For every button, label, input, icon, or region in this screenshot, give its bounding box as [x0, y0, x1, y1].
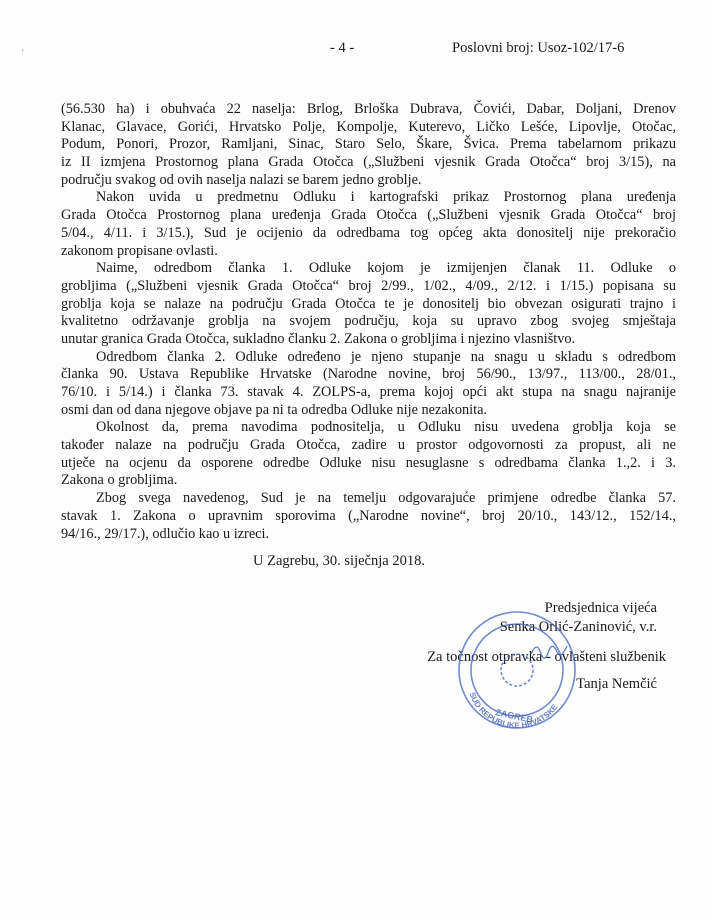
page-number: - 4 -: [330, 40, 354, 57]
paragraph-line: zakonom propisane ovlasti.: [61, 243, 676, 261]
paragraph-line: unutar granica Grada Otočca, sukladno čl…: [61, 331, 676, 349]
paragraph-line: Zakona o grobljima.: [61, 472, 676, 490]
place-date: U Zagrebu, 30. siječnja 2018.: [253, 553, 425, 570]
paragraph-line: članka 90. Ustava Republike Hrvatske (Na…: [61, 366, 676, 384]
paragraph-line: Okolnost da, prema navodima podnositelja…: [61, 419, 676, 437]
paragraph-line: 94/16., 29/17.), odlučio kao u izreci.: [61, 526, 676, 544]
paragraph-line: Zbog svega navedenog, Sud je na temelju …: [61, 490, 676, 508]
paragraph-line: području svakog od ovih naselja nalazi s…: [61, 172, 676, 190]
svg-text:SUD REPUBLIKE HRVATSKE: SUD REPUBLIKE HRVATSKE: [468, 691, 560, 730]
paragraph-line: 5/04., 4/11. i 3/15.), Sud je ocijenio d…: [61, 225, 676, 243]
paragraph-line: Naime, odredbom članka 1. Odluke kojom j…: [61, 260, 676, 278]
paragraph-line: osmi dan od dana njegove objave pa ni ta…: [61, 402, 676, 420]
paragraph-line: utječe na ocjenu da osporene odredbe Odl…: [61, 455, 676, 473]
paragraph-line: Nakon uvida u predmetnu Odluku i kartogr…: [61, 189, 676, 207]
paragraph-line: stavak 1. Zakona o upravnim sporovima („…: [61, 508, 676, 526]
paragraph-line: (56.530 ha) i obuhvaća 22 naselja: Brlog…: [61, 101, 676, 119]
paragraph-line: Odredbom članka 2. Odluke određeno je nj…: [61, 349, 676, 367]
signatory-name: Senka Orlić-Zaninović, v.r.: [500, 619, 657, 636]
paragraph-line: iz II izmjena Prostornog plana Grada Oto…: [61, 154, 676, 172]
paragraph-line: groblja koja se nalaze na području Grada…: [61, 296, 676, 314]
paragraph-line: kvalitetno održavanje groblja na svojem …: [61, 313, 676, 331]
document-page: ʳ - 4 - Poslovni broj: Usoz-102/17-6 (56…: [0, 0, 712, 920]
signatory-title: Predsjednica vijeća: [545, 600, 657, 617]
paragraph-line: također nalaze na području Grada Otočca,…: [61, 437, 676, 455]
document-body: (56.530 ha) i obuhvaća 22 naselja: Brlog…: [61, 101, 676, 543]
certifier-name: Tanja Nemčić: [576, 676, 657, 693]
paragraph-line: 76/10. i 5/14.) i članka 73. stavak 4. Z…: [61, 384, 676, 402]
certification-line: Za točnost otpravka - ovlašteni službeni…: [427, 649, 666, 666]
case-number: Poslovni broj: Usoz-102/17-6: [452, 40, 624, 57]
paragraph-line: Podum, Ponori, Prozor, Ramljani, Sinac, …: [61, 136, 676, 154]
paragraph-line: Klanac, Glavace, Gorići, Hrvatsko Polje,…: [61, 119, 676, 137]
paragraph-line: Grada Otočca Prostornog plana uređenja G…: [61, 207, 676, 225]
svg-text:ZAGREB: ZAGREB: [495, 707, 535, 725]
scan-mark: ʳ: [22, 47, 24, 56]
paragraph-line: grobljima („Službeni vjesnik Grada Otočc…: [61, 278, 676, 296]
